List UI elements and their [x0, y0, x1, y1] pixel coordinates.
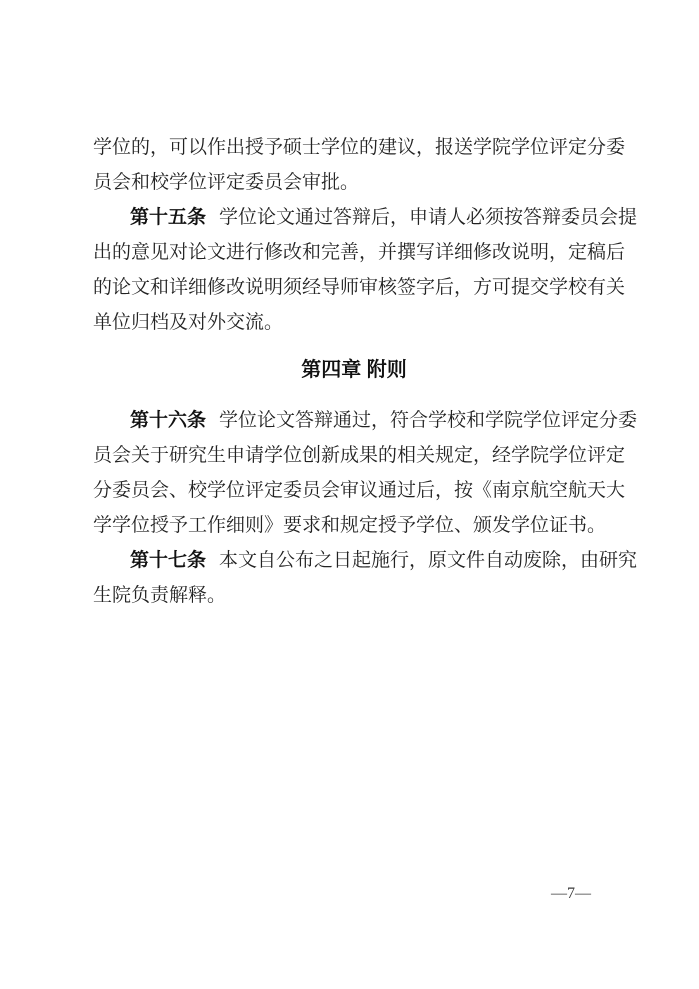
document-page: 学位的，可以作出授予硕士学位的建议，报送学院学位评定分委 员会和校学位评定委员会…: [0, 0, 699, 989]
page-number: —7—: [551, 884, 591, 903]
text-line: 员会和校学位评定委员会审批。: [93, 165, 615, 200]
article-17-number: 第十七条: [130, 550, 206, 571]
document-body: 学位的，可以作出授予硕士学位的建议，报送学院学位评定分委 员会和校学位评定委员会…: [93, 130, 615, 613]
article-16-number: 第十六条: [130, 410, 206, 431]
article-16-text: 学位论文答辩通过，符合学校和学院学位评定分委: [219, 410, 637, 431]
text-line: 学位的，可以作出授予硕士学位的建议，报送学院学位评定分委: [93, 130, 615, 165]
paragraph-article-15: 第十五条学位论文通过答辩后，申请人必须按答辩委员会提 出的意见对论文进行修改和完…: [93, 200, 615, 340]
text-line: 学学位授予工作细则》要求和规定授予学位、颁发学位证书。: [93, 508, 615, 543]
text-line: 生院负责解释。: [93, 578, 615, 613]
paragraph-continuation: 学位的，可以作出授予硕士学位的建议，报送学院学位评定分委 员会和校学位评定委员会…: [93, 130, 615, 200]
text-line: 员会关于研究生申请学位创新成果的相关规定，经学院学位评定: [93, 438, 615, 473]
text-line: 分委员会、校学位评定委员会审议通过后，按《南京航空航天大: [93, 473, 615, 508]
paragraph-article-16: 第十六条学位论文答辩通过，符合学校和学院学位评定分委 员会关于研究生申请学位创新…: [93, 403, 615, 543]
text-line: 单位归档及对外交流。: [93, 305, 615, 340]
text-line: 第十七条本文自公布之日起施行，原文件自动废除，由研究: [93, 543, 615, 578]
text-line: 第十六条学位论文答辩通过，符合学校和学院学位评定分委: [93, 403, 615, 438]
text-line: 出的意见对论文进行修改和完善，并撰写详细修改说明，定稿后: [93, 235, 615, 270]
text-line: 的论文和详细修改说明须经导师审核签字后，方可提交学校有关: [93, 270, 615, 305]
paragraph-article-17: 第十七条本文自公布之日起施行，原文件自动废除，由研究 生院负责解释。: [93, 543, 615, 613]
chapter-heading: 第四章 附则: [93, 353, 615, 388]
article-15-text: 学位论文通过答辩后，申请人必须按答辩委员会提: [219, 207, 637, 228]
article-15-number: 第十五条: [130, 207, 206, 228]
article-17-text: 本文自公布之日起施行，原文件自动废除，由研究: [219, 550, 637, 571]
text-line: 第十五条学位论文通过答辩后，申请人必须按答辩委员会提: [93, 200, 615, 235]
